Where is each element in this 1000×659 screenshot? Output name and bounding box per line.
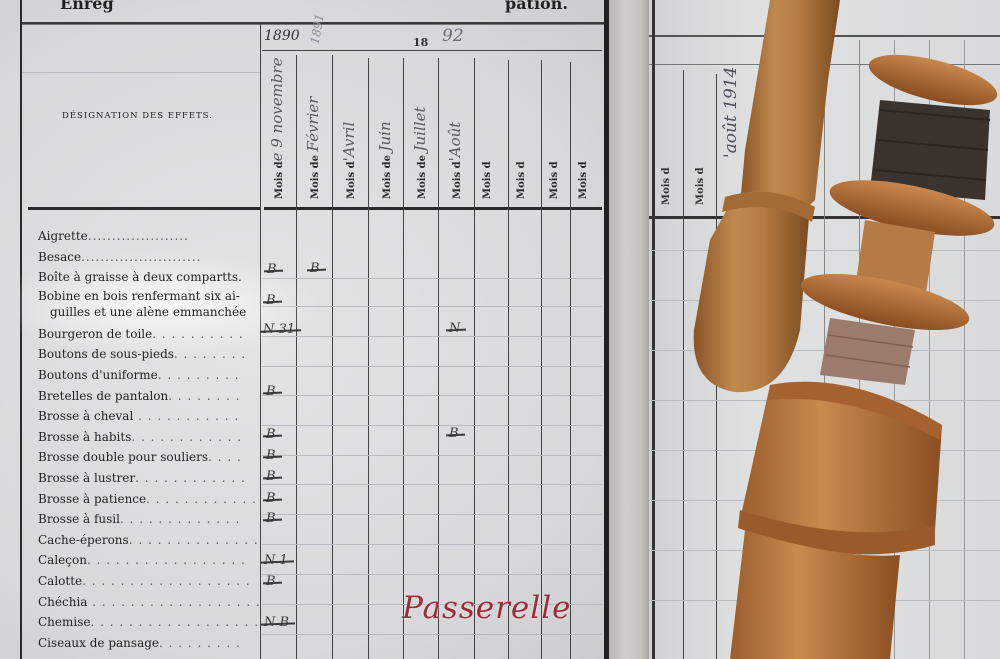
watermark-passerelle: Passerelle: [402, 590, 571, 626]
photograph: Enreg pation. 1890 1891 18 92 DÉSIGNATIO…: [0, 0, 1000, 659]
wooden-sewing-objects: [0, 0, 1000, 659]
needle-case: [694, 0, 840, 392]
